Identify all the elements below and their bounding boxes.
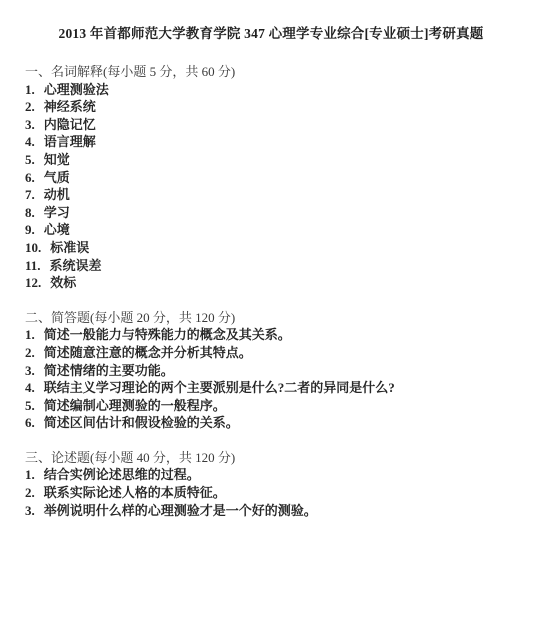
list-item: 4.联结主义学习理论的两个主要派别是什么?二者的异同是什么? [25, 379, 517, 397]
list-item: 6.气质 [25, 169, 517, 187]
item-number: 3. [25, 362, 35, 380]
item-number: 6. [25, 169, 35, 187]
item-text: 标准误 [50, 240, 89, 255]
item-text: 语言理解 [44, 134, 96, 149]
item-text: 内隐记忆 [44, 117, 96, 132]
item-number: 8. [25, 204, 35, 222]
list-item: 3.内隐记忆 [25, 116, 517, 134]
list-item: 3.简述情绪的主要功能。 [25, 362, 517, 380]
item-text: 心理测验法 [44, 82, 109, 97]
page-title: 2013 年首都师范大学教育学院 347 心理学专业综合[专业硕士]考研真题 [25, 25, 517, 42]
item-number: 1. [25, 81, 35, 99]
item-text: 学习 [44, 205, 70, 220]
item-text: 简述情绪的主要功能。 [44, 363, 174, 378]
list-item: 1.心理测验法 [25, 81, 517, 99]
item-number: 5. [25, 151, 35, 169]
list-item: 12.效标 [25, 274, 517, 292]
item-text: 简述编制心理测验的一般程序。 [44, 398, 226, 413]
list-item: 10.标准误 [25, 239, 517, 257]
item-number: 12. [25, 274, 41, 292]
item-text: 简述区间估计和假设检验的关系。 [44, 415, 239, 430]
list-item: 3.举例说明什么样的心理测验才是一个好的测验。 [25, 502, 517, 520]
list-item: 7.动机 [25, 186, 517, 204]
section-heading: 一、名词解释(每小题 5 分，共 60 分) [25, 63, 517, 81]
item-text: 结合实例论述思维的过程。 [44, 467, 200, 482]
item-text: 联系实际论述人格的本质特征。 [44, 485, 226, 500]
list-item: 2.简述随意注意的概念并分析其特点。 [25, 344, 517, 362]
section-heading: 三、论述题(每小题 40 分，共 120 分) [25, 449, 517, 467]
list-item: 4.语言理解 [25, 133, 517, 151]
item-number: 3. [25, 502, 35, 520]
item-text: 系统误差 [50, 258, 102, 273]
item-text: 知觉 [44, 152, 70, 167]
item-number: 6. [25, 414, 35, 432]
item-text: 心境 [44, 222, 70, 237]
item-number: 2. [25, 98, 35, 116]
item-number: 4. [25, 379, 35, 397]
item-number: 2. [25, 484, 35, 502]
exam-document-page: 2013 年首都师范大学教育学院 347 心理学专业综合[专业硕士]考研真题 一… [0, 0, 547, 622]
list-item: 11.系统误差 [25, 257, 517, 275]
section-essay: 三、论述题(每小题 40 分，共 120 分) 1.结合实例论述思维的过程。 2… [25, 449, 517, 519]
item-number: 5. [25, 397, 35, 415]
item-number: 10. [25, 239, 41, 257]
item-text: 举例说明什么样的心理测验才是一个好的测验。 [44, 503, 317, 518]
item-text: 动机 [44, 187, 70, 202]
item-number: 9. [25, 221, 35, 239]
item-number: 2. [25, 344, 35, 362]
item-number: 3. [25, 116, 35, 134]
item-text: 简述一般能力与特殊能力的概念及其关系。 [44, 327, 291, 342]
list-item: 2.神经系统 [25, 98, 517, 116]
item-number: 1. [25, 326, 35, 344]
item-number: 4. [25, 133, 35, 151]
list-item: 1.结合实例论述思维的过程。 [25, 466, 517, 484]
item-text: 联结主义学习理论的两个主要派别是什么?二者的异同是什么? [44, 380, 395, 395]
list-item: 2.联系实际论述人格的本质特征。 [25, 484, 517, 502]
item-text: 气质 [44, 170, 70, 185]
list-item: 1.简述一般能力与特殊能力的概念及其关系。 [25, 326, 517, 344]
item-text: 神经系统 [44, 99, 96, 114]
section-short-answer: 二、简答题(每小题 20 分，共 120 分) 1.简述一般能力与特殊能力的概念… [25, 309, 517, 432]
section-heading: 二、简答题(每小题 20 分，共 120 分) [25, 309, 517, 327]
item-text: 简述随意注意的概念并分析其特点。 [44, 345, 252, 360]
section-term-definitions: 一、名词解释(每小题 5 分，共 60 分) 1.心理测验法 2.神经系统 3.… [25, 63, 517, 292]
item-number: 1. [25, 466, 35, 484]
item-number: 11. [25, 257, 41, 275]
item-text: 效标 [50, 275, 76, 290]
list-item: 8.学习 [25, 204, 517, 222]
list-item: 9.心境 [25, 221, 517, 239]
item-number: 7. [25, 186, 35, 204]
list-item: 5.简述编制心理测验的一般程序。 [25, 397, 517, 415]
list-item: 5.知觉 [25, 151, 517, 169]
list-item: 6.简述区间估计和假设检验的关系。 [25, 414, 517, 432]
